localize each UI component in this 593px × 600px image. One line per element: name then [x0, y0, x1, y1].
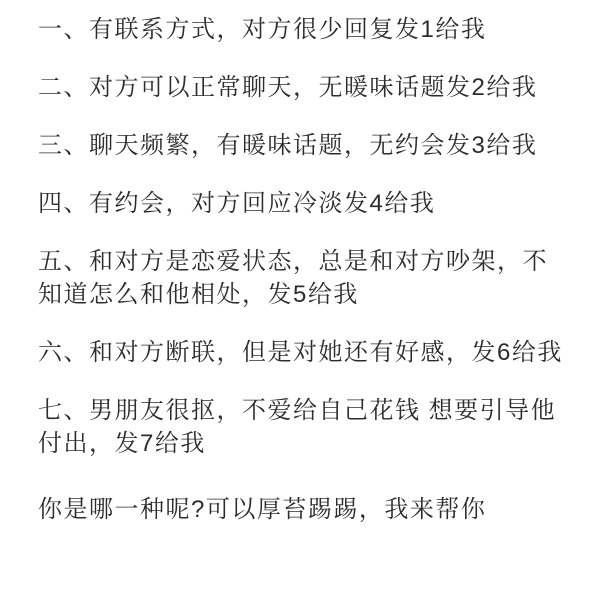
- list-item: 五、和对方是恋爱状态，总是和对方吵架，不知道怎么和他相处，发5给我: [38, 245, 565, 311]
- list-item: 三、聊天频繁，有暖味话题，无约会发3给我: [38, 129, 565, 162]
- list-item: 二、对方可以正常聊天，无暖味话题发2给我: [38, 71, 565, 104]
- closing-line: 你是哪一种呢?可以厚苔踢踢，我来帮你: [38, 493, 565, 526]
- list-item: 七、男朋友很抠，不爱给自己花钱 想要引导他付出，发7给我: [38, 394, 565, 460]
- list-item: 六、和对方断联，但是对她还有好感，发6给我: [38, 336, 565, 369]
- list-item: 一、有联系方式，对方很少回复发1给我: [38, 13, 565, 46]
- list-item: 四、有约会，对方回应冷淡发4给我: [38, 187, 565, 220]
- options-list: 一、有联系方式，对方很少回复发1给我二、对方可以正常聊天，无暖味话题发2给我三、…: [38, 13, 565, 460]
- text-page: 一、有联系方式，对方很少回复发1给我二、对方可以正常聊天，无暖味话题发2给我三、…: [0, 0, 593, 600]
